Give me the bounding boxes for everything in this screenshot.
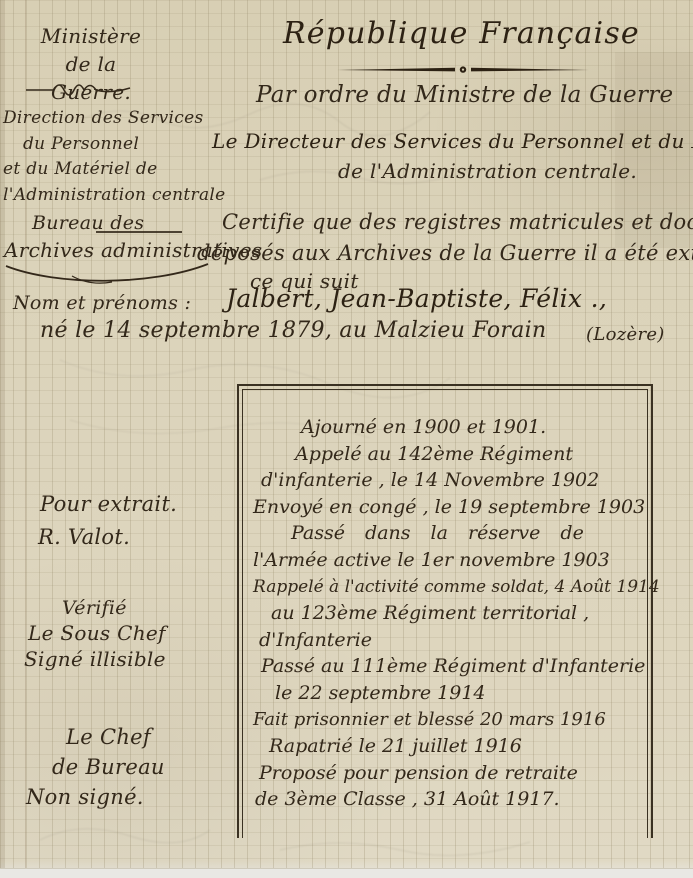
director-line2: de l'Administration centrale. bbox=[338, 159, 637, 183]
direction-block: Direction des Services du Personnel et d… bbox=[3, 106, 198, 208]
record-line: Rappelé à l'activité comme soldat, 4 Aoû… bbox=[253, 574, 693, 601]
extrait-signature: R. Valot. bbox=[38, 525, 130, 549]
archives-flourish bbox=[2, 262, 214, 288]
ministry-line1: Ministère bbox=[26, 22, 156, 50]
document-page: Ministère de la Guerre. République Franç… bbox=[0, 0, 693, 878]
chef-line3: Non signé. bbox=[26, 785, 144, 809]
certify-line2: déposés aux Archives de la Guerre il a é… bbox=[197, 241, 693, 265]
title-divider-rule bbox=[337, 64, 589, 76]
direction-line2: du Personnel bbox=[23, 132, 198, 158]
verifie-line3: Signé illisible bbox=[24, 647, 166, 671]
record-line: Passé dans la réserve de bbox=[291, 520, 693, 547]
bureau-underline bbox=[96, 231, 182, 233]
certify-line1: Certifie que des registres matricules et… bbox=[222, 210, 693, 234]
record-line: Rapatrié le 21 juillet 1916 bbox=[269, 733, 693, 760]
service-record-lines: Ajourné en 1900 et 1901. Appelé au 142èm… bbox=[253, 414, 693, 813]
service-record-box: Ajourné en 1900 et 1901. Appelé au 142èm… bbox=[237, 384, 653, 838]
record-line: Proposé pour pension de retraite bbox=[259, 760, 693, 787]
record-line: d'Infanterie bbox=[259, 627, 693, 654]
chef-line2: de Bureau bbox=[52, 755, 165, 779]
document-title: République Française bbox=[283, 16, 640, 51]
record-line: Ajourné en 1900 et 1901. bbox=[301, 414, 693, 441]
record-line: au 123ème Régiment territorial , bbox=[271, 600, 693, 627]
name-label: Nom et prénoms : bbox=[13, 292, 191, 314]
extrait-line1: Pour extrait. bbox=[40, 492, 177, 516]
direction-line3: et du Matériel de bbox=[3, 157, 198, 183]
director-line1: Le Directeur des Services du Personnel e… bbox=[212, 129, 693, 153]
record-line: Envoyé en congé , le 19 septembre 1903 bbox=[253, 494, 693, 521]
record-line: Fait prisonnier et blessé 20 mars 1916 bbox=[253, 707, 693, 734]
direction-line4: l'Administration centrale bbox=[3, 183, 198, 209]
birth-department: (Lozère) bbox=[586, 324, 665, 345]
direction-line1: Direction des Services bbox=[3, 106, 198, 132]
chef-line1: Le Chef bbox=[66, 725, 151, 749]
record-line: d'infanterie , le 14 Novembre 1902 bbox=[261, 467, 693, 494]
order-line: Par ordre du Ministre de la Guerre bbox=[256, 82, 673, 108]
ministry-flourish bbox=[24, 80, 134, 98]
record-line: le 22 septembre 1914 bbox=[275, 680, 693, 707]
record-line: Passé au 111ème Régiment d'Infanterie bbox=[261, 653, 693, 680]
person-name: Jalbert, Jean-Baptiste, Félix ., bbox=[226, 284, 607, 313]
verifie-line2: Le Sous Chef bbox=[28, 621, 166, 645]
scan-edge-strip bbox=[0, 868, 693, 878]
record-line: l'Armée active le 1er novembre 1903 bbox=[253, 547, 693, 574]
record-line: de 3ème Classe , 31 Août 1917. bbox=[255, 786, 693, 813]
birth-line: né le 14 septembre 1879, au Malzieu Fora… bbox=[40, 318, 546, 343]
verifie-line1: Vérifié bbox=[62, 597, 127, 619]
record-line: Appelé au 142ème Régiment bbox=[295, 441, 693, 468]
